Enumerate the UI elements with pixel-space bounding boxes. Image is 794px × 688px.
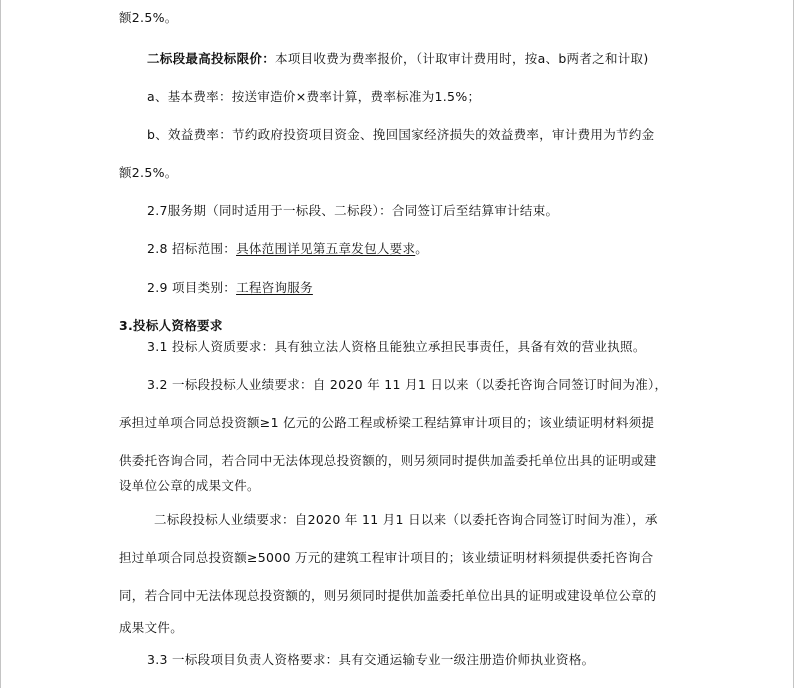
paragraph-line: 额2.5%。 — [119, 10, 178, 26]
paragraph-line: 额2.5%。 — [119, 165, 178, 181]
paragraph-line: 3.2 一标段投标人业绩要求：自 2020 年 11 月1 日以来（以委托咨询合… — [147, 377, 667, 393]
paragraph-line: 同，若合同中无法体现总投资额的，则另须同时提供加盖委托单位出具的证明或建设单位公… — [119, 588, 657, 604]
text: 2.7服务期（同时适用于一标段、二标段）：合同签订后至结算审计结束。 — [147, 203, 558, 218]
text: b、效益费率：节约政府投资项目资金、挽回国家经济损失的效益费率，审计费用为节约金 — [147, 127, 654, 142]
text: 3.1 投标人资质要求：具有独立法人资格且能独立承担民事责任，具备有效的营业执照… — [147, 339, 646, 354]
heading-text: 3.投标人资格要求 — [119, 318, 223, 333]
paragraph-line: 供委托咨询合同，若合同中无法体现总投资额的，则另须同时提供加盖委托单位出具的证明… — [119, 453, 657, 469]
paragraph-line: 承担过单项合同总投资额≥1 亿元的公路工程或桥梁工程结算审计项目的；该业绩证明材… — [119, 415, 654, 431]
paragraph-line: 成果文件。 — [119, 620, 183, 636]
text: 额2.5%。 — [119, 10, 178, 25]
paragraph-line: 二标段投标人业绩要求：自2020 年 11 月1 日以来（以委托咨询合同签订时间… — [154, 512, 658, 528]
paragraph-line: 3.1 投标人资质要求：具有独立法人资格且能独立承担民事责任，具备有效的营业执照… — [147, 339, 646, 355]
paragraph-line: a、基本费率：按送审造价×费率计算，费率标准为1.5%； — [147, 89, 480, 105]
bold-label: 二标段最高投标限价： — [147, 51, 275, 66]
paragraph-line: 2.8 招标范围：具体范围详见第五章发包人要求。 — [147, 241, 428, 257]
text: 承担过单项合同总投资额≥1 亿元的公路工程或桥梁工程结算审计项目的；该业绩证明材… — [119, 415, 654, 430]
underlined-text: 具体范围详见第五章发包人要求 — [236, 241, 415, 256]
text: 额2.5%。 — [119, 165, 178, 180]
document-page: 额2.5%。 二标段最高投标限价：本项目收费为费率报价，（计取审计费用时，按a、… — [0, 0, 794, 688]
text: 担过单项合同总投资额≥5000 万元的建筑工程审计项目的；该业绩证明材料须提供委… — [119, 550, 653, 565]
text: 二标段投标人业绩要求：自2020 年 11 月1 日以来（以委托咨询合同签订时间… — [154, 512, 658, 527]
paragraph-line: b、效益费率：节约政府投资项目资金、挽回国家经济损失的效益费率，审计费用为节约金 — [147, 127, 654, 143]
paragraph-line: 2.7服务期（同时适用于一标段、二标段）：合同签订后至结算审计结束。 — [147, 203, 558, 219]
section-heading: 3.投标人资格要求 — [119, 318, 223, 334]
text: 2.9 项目类别： — [147, 280, 236, 295]
text: 。 — [415, 241, 428, 256]
paragraph-line: 3.3 一标段项目负责人资格要求：具有交通运输专业一级注册造价师执业资格。 — [147, 652, 594, 668]
text: 3.3 一标段项目负责人资格要求：具有交通运输专业一级注册造价师执业资格。 — [147, 652, 594, 667]
paragraph-line: 二标段最高投标限价：本项目收费为费率报价，（计取审计费用时，按a、b两者之和计取… — [147, 51, 649, 67]
text: 3.2 一标段投标人业绩要求：自 2020 年 11 月1 日以来（以委托咨询合… — [147, 377, 667, 392]
underlined-text: 工程咨询服务 — [236, 280, 313, 295]
text: a、基本费率：按送审造价×费率计算，费率标准为1.5%； — [147, 89, 480, 104]
text: 供委托咨询合同，若合同中无法体现总投资额的，则另须同时提供加盖委托单位出具的证明… — [119, 453, 657, 468]
text: 2.8 招标范围： — [147, 241, 236, 256]
paragraph-line: 设单位公章的成果文件。 — [119, 478, 260, 494]
paragraph-line: 2.9 项目类别：工程咨询服务 — [147, 280, 313, 296]
text: 设单位公章的成果文件。 — [119, 478, 260, 493]
text: 成果文件。 — [119, 620, 183, 635]
text: 同，若合同中无法体现总投资额的，则另须同时提供加盖委托单位出具的证明或建设单位公… — [119, 588, 657, 603]
paragraph-line: 担过单项合同总投资额≥5000 万元的建筑工程审计项目的；该业绩证明材料须提供委… — [119, 550, 653, 566]
text: 本项目收费为费率报价，（计取审计费用时，按a、b两者之和计取) — [275, 51, 649, 66]
